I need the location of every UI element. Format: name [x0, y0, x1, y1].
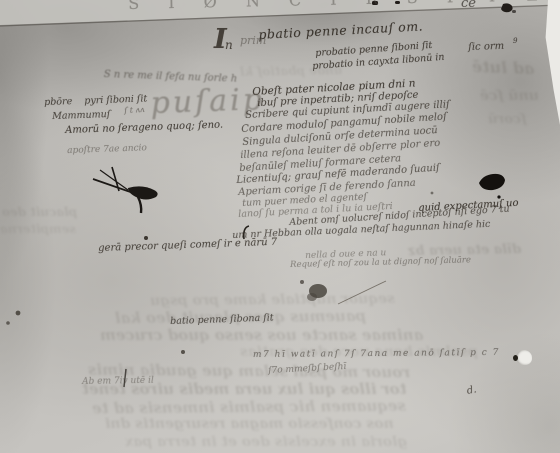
heading-initial-n: n [225, 38, 233, 52]
scratch-line [338, 281, 386, 304]
hole-ink-dot [513, 355, 518, 361]
faint-scrawl: Ab em 7iv utē il [82, 376, 154, 387]
top-capitals-end: ce [461, 0, 476, 11]
corner-note: ſic orm [468, 41, 504, 53]
parchment-hole [516, 350, 532, 365]
small-ink-mark: d. [466, 384, 477, 396]
pen-trial: Mammumuſ [52, 109, 111, 122]
center-smudge [300, 280, 327, 301]
quill-blot [93, 167, 158, 213]
corner-superscript: 9 [513, 37, 517, 45]
ink-blot-diamond [479, 174, 505, 199]
manuscript-photo: unde pbatioſ kl placuit deo sempiterna a… [0, 0, 560, 453]
pen-trial: ſ t ʌʌ [124, 105, 145, 115]
